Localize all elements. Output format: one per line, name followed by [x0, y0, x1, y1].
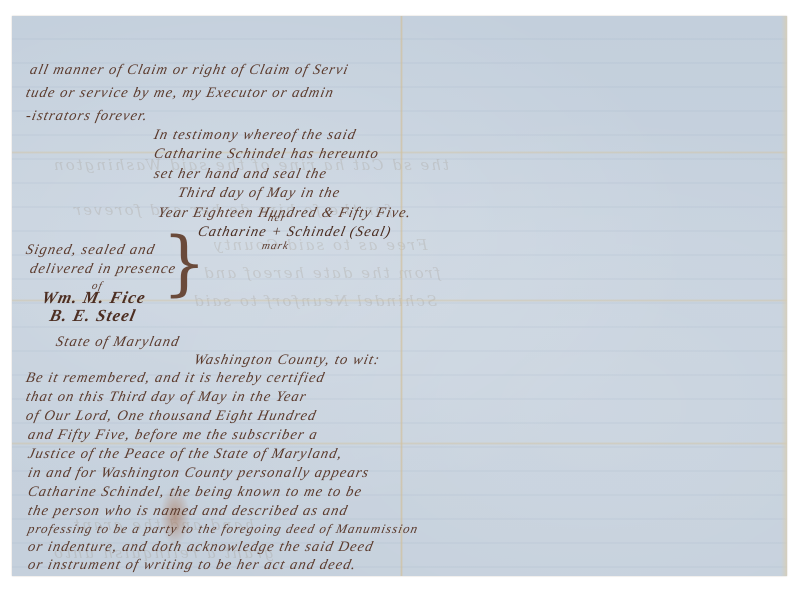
seal-mark: (Seal)	[348, 224, 393, 241]
acknowledgment-line: of Our Lord, One thousand Eight Hundred	[24, 408, 318, 425]
testimony-line: In testimony whereof the said	[152, 127, 358, 144]
acknowledgment-line: Catharine Schindel, the being known to m…	[26, 484, 364, 501]
signature-mark: mark	[261, 240, 291, 252]
bleed-through-text: from the date hereof and	[202, 264, 440, 282]
acknowledgment-heading: State of Maryland	[54, 334, 181, 351]
witness-signature: Wm. M. Fice	[40, 288, 148, 308]
witness-brace: }	[162, 228, 207, 298]
principal-signature: Catharine + Schindel	[196, 224, 347, 241]
opening-line: all manner of Claim or right of Claim of…	[28, 62, 350, 79]
paper-sheet: the sd Cat ha rine of the said Washingto…	[12, 16, 787, 576]
paper-edge	[781, 16, 787, 576]
opening-line: tude or service by me, my Executor or ad…	[24, 85, 335, 102]
acknowledgment-line: the person who is named and described as…	[26, 503, 349, 520]
acknowledgment-line: in and for Washington County personally …	[26, 465, 371, 482]
horizontal-fold	[12, 151, 787, 154]
acknowledgment-line: or instrument of writing to be her act a…	[26, 557, 358, 574]
acknowledgment-line: professing to be a party to the foregoin…	[26, 521, 420, 537]
witness-line: Signed, sealed and	[24, 242, 157, 259]
acknowledgment-line: that on this Third day of May in the Yea…	[24, 389, 308, 406]
testimony-line: set her hand and seal the	[152, 166, 329, 183]
opening-line: -istrators forever.	[24, 108, 149, 125]
vertical-fold	[400, 16, 403, 576]
acknowledgment-line: Justice of the Peace of the State of Mar…	[26, 446, 344, 463]
witness-signature: B. E. Steel	[48, 306, 138, 326]
document-scan: the sd Cat ha rine of the said Washingto…	[0, 0, 800, 600]
acknowledgment-line: Be it remembered, and it is hereby certi…	[24, 370, 326, 387]
testimony-line: Third day of May in the	[176, 185, 342, 202]
signature-her: her	[267, 212, 288, 224]
testimony-line: Catharine Schindel has hereunto	[152, 146, 380, 163]
county-line: Washington County, to wit:	[192, 352, 382, 369]
witness-line: delivered in presence	[28, 261, 178, 278]
acknowledgment-line: or indenture, and doth acknowledge the s…	[26, 539, 375, 556]
acknowledgment-line: and Fifty Five, before me the subscriber…	[26, 427, 319, 444]
